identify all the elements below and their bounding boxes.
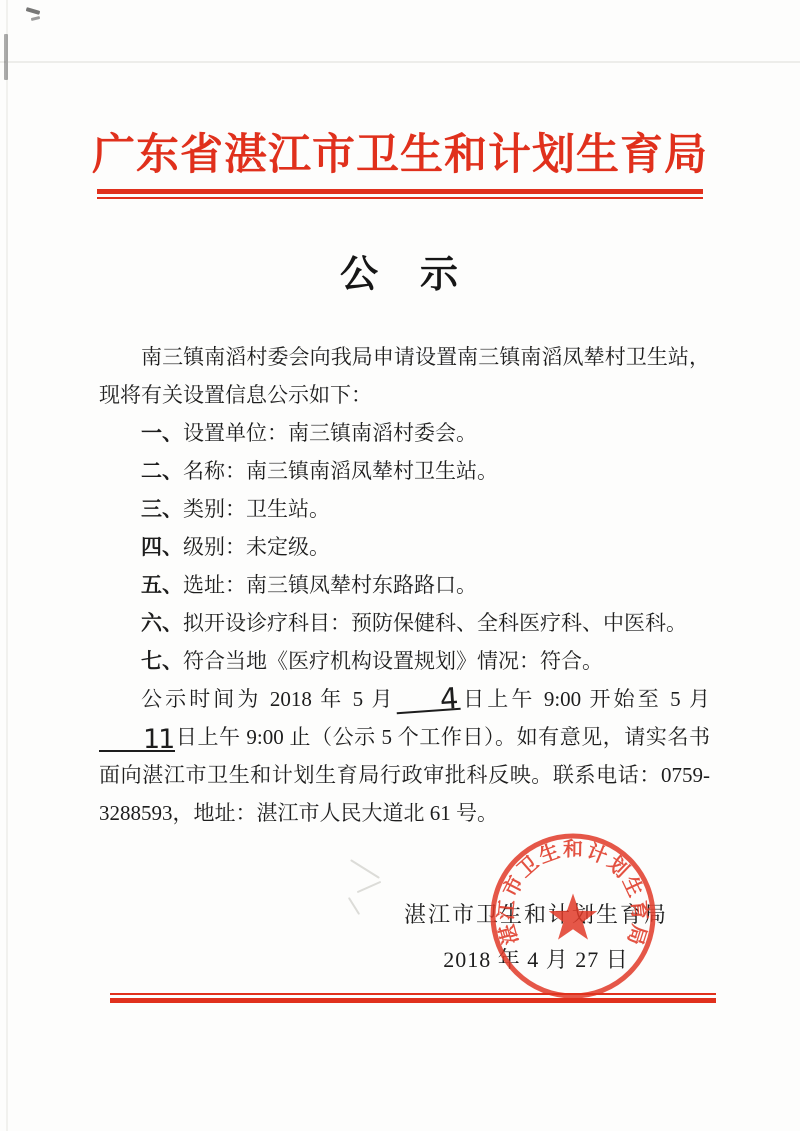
letterhead-divider — [97, 189, 703, 199]
footer-divider — [110, 993, 716, 1003]
notice-item: 七、符合当地《医疗机构设置规划》情况：符合。 — [99, 642, 710, 680]
notice-item: 五、选址：南三镇凤辇村东路路口。 — [99, 566, 710, 604]
svg-text:湛江市卫生和计划生育局: 湛江市卫生和计划生育局 — [494, 837, 653, 950]
closing-text: 日上午 9:00 止（公示 5 个工作日）。如有意见，请实名书面向湛江市卫生和计… — [99, 725, 710, 825]
item-text: 级别：未定级。 — [183, 535, 330, 559]
scan-fold-line-horizontal — [0, 61, 800, 63]
scanned-notice-page: 广东省湛江市卫生和计划生育局 公 示 南三镇南滔村委会向我局申请设置南三镇南滔凤… — [0, 0, 800, 1131]
notice-item: 二、名称：南三镇南滔凤辇村卫生站。 — [99, 452, 710, 490]
item-text: 选址：南三镇凤辇村东路路口。 — [183, 573, 477, 597]
star-icon — [549, 894, 598, 940]
notice-item: 一、设置单位：南三镇南滔村委会。 — [99, 414, 710, 452]
divider-thick-line — [97, 189, 703, 194]
item-marker: 三、 — [141, 497, 183, 521]
scan-fold-line-vertical — [6, 0, 8, 1131]
seal-arc-text: 湛江市卫生和计划生育局 — [494, 837, 653, 950]
item-marker: 七、 — [141, 649, 183, 673]
handwritten-start-day: 4 — [395, 687, 461, 713]
closing-paragraph: 公示时间为 2018 年 5 月4日上午 9:00 开始至 5 月11日上午 9… — [99, 680, 710, 832]
notice-item: 六、拟开设诊疗科目：预防保健科、全科医疗科、中医科。 — [99, 604, 710, 642]
scan-artifact — [348, 897, 360, 915]
divider-thin-line — [110, 993, 716, 995]
scan-artifact — [350, 859, 380, 879]
official-seal: 湛江市卫生和计划生育局 — [487, 830, 659, 1002]
scan-artifact — [357, 881, 382, 893]
item-text: 类别：卫生站。 — [183, 497, 330, 521]
scan-artifact — [4, 34, 8, 80]
item-marker: 二、 — [141, 459, 183, 483]
item-marker: 六、 — [141, 611, 183, 635]
notice-item: 三、类别：卫生站。 — [99, 490, 710, 528]
item-marker: 一、 — [141, 421, 183, 445]
item-marker: 五、 — [141, 573, 183, 597]
item-text: 拟开设诊疗科目：预防保健科、全科医疗科、中医科。 — [183, 611, 687, 635]
closing-text: 公示时间为 2018 年 5 月 — [141, 687, 396, 711]
agency-letterhead-title: 广东省湛江市卫生和计划生育局 — [0, 0, 800, 182]
closing-text: 日上午 9:00 开始至 5 月 — [460, 687, 710, 711]
notice-body: 南三镇南滔村委会向我局申请设置南三镇南滔凤辇村卫生站，现将有关设置信息公示如下：… — [0, 298, 800, 832]
intro-paragraph: 南三镇南滔村委会向我局申请设置南三镇南滔凤辇村卫生站，现将有关设置信息公示如下： — [99, 338, 710, 414]
item-text: 符合当地《医疗机构设置规划》情况：符合。 — [183, 649, 603, 673]
divider-thick-line — [110, 998, 716, 1003]
item-text: 名称：南三镇南滔凤辇村卫生站。 — [183, 459, 498, 483]
item-text: 设置单位：南三镇南滔村委会。 — [183, 421, 477, 445]
notice-title: 公 示 — [0, 199, 800, 298]
item-marker: 四、 — [141, 535, 183, 559]
notice-item: 四、级别：未定级。 — [99, 528, 710, 566]
handwritten-end-day: 11 — [99, 730, 175, 752]
